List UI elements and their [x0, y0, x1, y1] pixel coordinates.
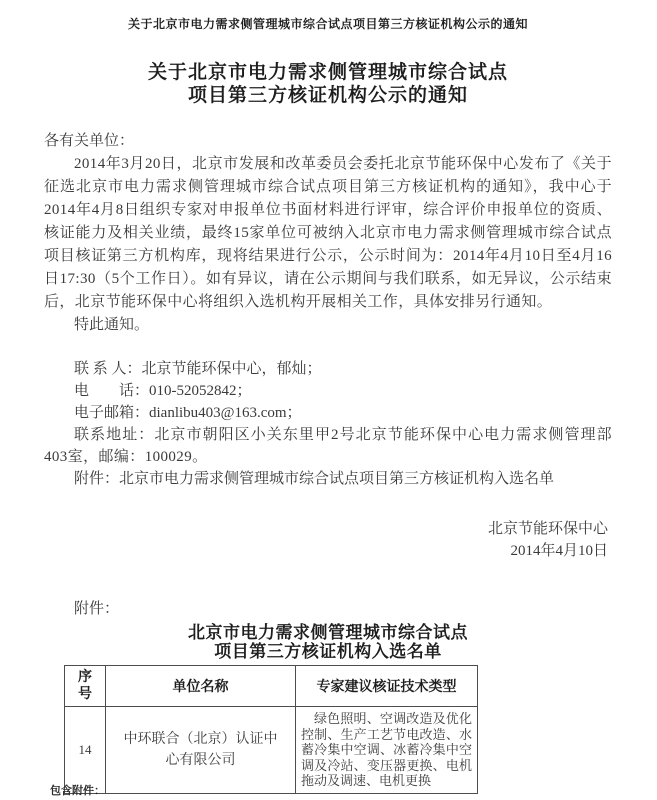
table-header-technology-type: 专家建议核证技术类型 [296, 666, 478, 707]
document-title: 关于北京市电力需求侧管理城市综合试点项目第三方核证机构公示的通知 [44, 61, 612, 107]
table-header-row: 序号 单位名称 专家建议核证技术类型 [65, 666, 478, 707]
contact-address: 联系地址：北京市朝阳区小关东里甲2号北京节能环保中心电力需求侧管理部403室，邮… [44, 424, 612, 468]
document-title-line1: 关于北京市电力需求侧管理城市综合试点 [148, 62, 508, 83]
contact-email: 电子邮箱：dianlibu403@163.com； [44, 402, 612, 424]
signature-org: 北京节能环保中心 [44, 518, 608, 540]
includes-attachment-label: 包含附件： [50, 782, 105, 798]
signature-date: 2014年4月10日 [44, 540, 608, 562]
document-title-line2: 项目第三方核证机构公示的通知 [188, 85, 468, 106]
body-paragraph: 2014年3月20日，北京市发展和改革委员会委托北京节能环保中心发布了《关于征选… [44, 153, 612, 314]
table-header-company-name: 单位名称 [106, 666, 296, 707]
closing-line: 特此通知。 [44, 314, 612, 336]
verification-agencies-table: 序号 单位名称 专家建议核证技术类型 14 中环联合（北京）认证中心有限公司 绿… [64, 665, 478, 794]
table-row: 14 中环联合（北京）认证中心有限公司 绿色照明、空调改造及优化控制、生产工艺节… [65, 707, 478, 794]
attachment-reference: 附件：北京市电力需求侧管理城市综合试点项目第三方核证机构入选名单 [44, 468, 612, 490]
cell-serial-no: 14 [65, 707, 106, 794]
attachment-title-line1: 北京市电力需求侧管理城市综合试点 [188, 623, 468, 642]
salutation: 各有关单位： [44, 130, 612, 153]
attachment-label: 附件： [44, 598, 612, 620]
contact-phone: 电 话：010-52052842； [44, 380, 612, 402]
table-header-serial-no-label: 序号 [77, 669, 93, 703]
page-header-title: 关于北京市电力需求侧管理城市综合试点项目第三方核证机构公示的通知 [44, 15, 612, 32]
contact-person: 联 系 人：北京节能环保中心，郁灿； [44, 358, 612, 380]
cell-company-name: 中环联合（北京）认证中心有限公司 [106, 707, 296, 794]
contact-block: 联 系 人：北京节能环保中心，郁灿； 电 话：010-52052842； 电子邮… [44, 358, 612, 468]
document-page: 关于北京市电力需求侧管理城市综合试点项目第三方核证机构公示的通知 关于北京市电力… [0, 0, 657, 800]
signature-block: 北京节能环保中心 2014年4月10日 [44, 518, 608, 562]
attachment-title: 北京市电力需求侧管理城市综合试点项目第三方核证机构入选名单 [44, 623, 612, 661]
table-header-serial-no: 序号 [65, 666, 106, 707]
notice-document: 关于北京市电力需求侧管理城市综合试点项目第三方核证机构公示的通知 关于北京市电力… [0, 0, 657, 794]
cell-technology-types: 绿色照明、空调改造及优化控制、生产工艺节电改造、水蓄冷集中空调、冰蓄冷集中空调及… [296, 707, 478, 794]
attachment-title-line2: 项目第三方核证机构入选名单 [214, 642, 442, 661]
